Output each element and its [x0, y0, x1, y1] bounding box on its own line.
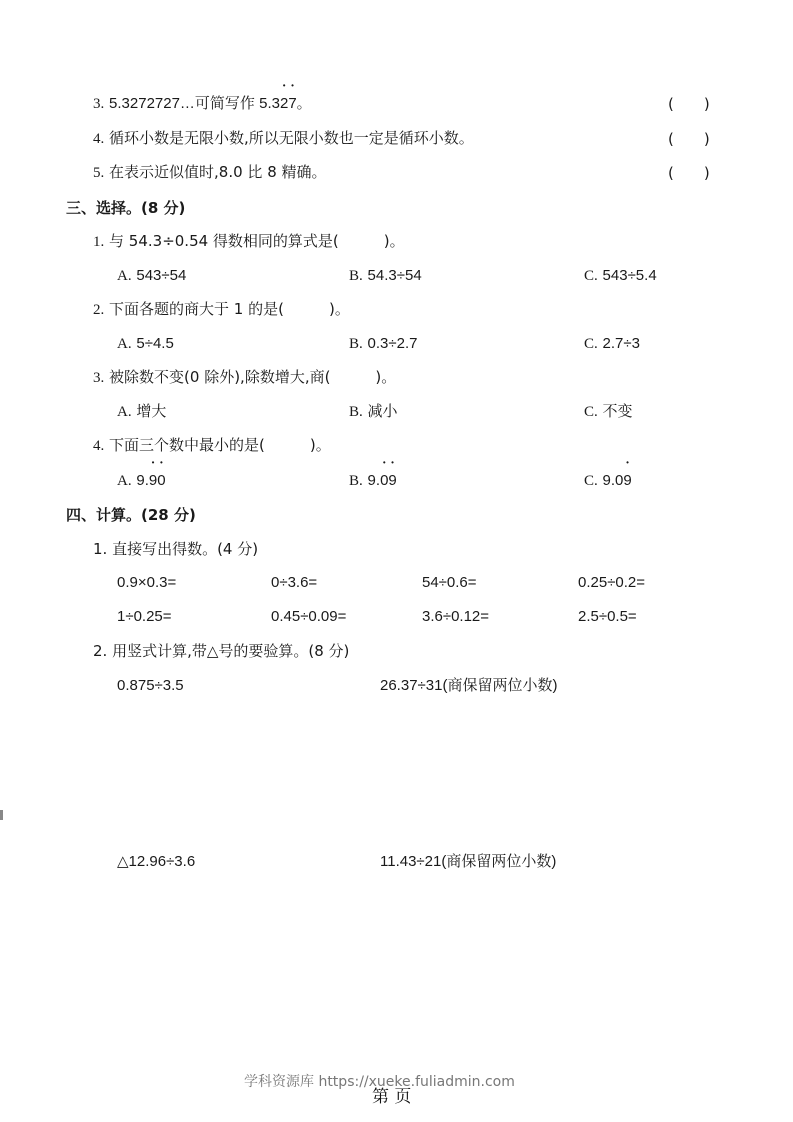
oral-calc-item: 3.6÷0.12= [422, 607, 489, 627]
vertical-calc-problem: 26.37÷31(商保留两位小数) [380, 676, 557, 696]
choice-4-option-b[interactable]: B. 9.09 [349, 470, 397, 491]
section-title-choice: 三、选择。(8 分) [66, 197, 185, 218]
choice-4-option-a[interactable]: A. 9.90 [117, 470, 166, 491]
vertical-calc-problem: 11.43÷21(商保留两位小数) [380, 852, 556, 872]
choice-3-option-a[interactable]: A. 增大 [117, 401, 166, 422]
page-number-label: 第 页 [372, 1082, 411, 1107]
calc-part2-title: 2. 用竖式计算,带△号的要验算。(8 分) [93, 641, 349, 661]
choice-2-option-b[interactable]: B. 0.3÷2.7 [349, 333, 417, 354]
oral-calc-item: 2.5÷0.5= [578, 607, 637, 627]
judge-item-3: 3. 5.3272727…可简写作 5.327。 [93, 93, 312, 114]
choice-1-option-a[interactable]: A. 543÷54 [117, 265, 186, 286]
choice-1-option-b[interactable]: B. 54.3÷54 [349, 265, 422, 286]
judge-item-3-text: 5.3272727…可简写作 5.327。 [109, 95, 312, 112]
choice-4-option-c[interactable]: C. 9.09 [584, 470, 632, 491]
choice-1-option-c[interactable]: C. 543÷5.4 [584, 265, 657, 286]
choice-3-option-b[interactable]: B. 减小 [349, 401, 398, 422]
repeating-dot: 2 [280, 94, 288, 114]
repeating-dot: 9 [623, 471, 631, 491]
choice-3-option-c[interactable]: C. 不变 [584, 401, 633, 422]
oral-calc-item: 0÷3.6= [271, 573, 317, 593]
margin-mark [0, 810, 3, 820]
oral-calc-item: 54÷0.6= [422, 573, 477, 593]
answer-paren-judge-4[interactable]: ( ) [668, 128, 710, 149]
oral-calc-item: 0.25÷0.2= [578, 573, 645, 593]
section-title-calc: 四、计算。(28 分) [66, 504, 196, 525]
choice-question-3: 3. 被除数不变(0 除外),除数增大,商( )。 [93, 367, 396, 388]
answer-paren-judge-3[interactable]: ( ) [668, 93, 710, 114]
repeating-dot: 9 [388, 471, 396, 491]
repeating-dot: 9 [149, 471, 157, 491]
oral-calc-item: 1÷0.25= [117, 607, 172, 627]
choice-question-4: 4. 下面三个数中最小的是( )。 [93, 435, 331, 456]
repeating-dot: 7 [288, 94, 296, 114]
choice-2-option-a[interactable]: A. 5÷4.5 [117, 333, 174, 354]
answer-paren-judge-5[interactable]: ( ) [668, 162, 710, 183]
calc-part1-title: 1. 直接写出得数。(4 分) [93, 539, 258, 559]
judge-item-5: 5. 在表示近似值时,8.0 比 8 精确。 [93, 162, 327, 183]
repeating-dot: 0 [157, 471, 165, 491]
repeating-dot: 0 [380, 471, 388, 491]
choice-question-2: 2. 下面各题的商大于 1 的是( )。 [93, 299, 350, 320]
judge-item-4: 4. 循环小数是无限小数,所以无限小数也一定是循环小数。 [93, 128, 474, 149]
vertical-calc-problem: △12.96÷3.6 [117, 852, 195, 872]
vertical-calc-problem: 0.875÷3.5 [117, 676, 184, 696]
oral-calc-item: 0.45÷0.09= [271, 607, 346, 627]
choice-2-option-c[interactable]: C. 2.7÷3 [584, 333, 640, 354]
choice-question-1: 1. 与 54.3÷0.54 得数相同的算式是( )。 [93, 231, 405, 252]
oral-calc-item: 0.9×0.3= [117, 573, 176, 593]
